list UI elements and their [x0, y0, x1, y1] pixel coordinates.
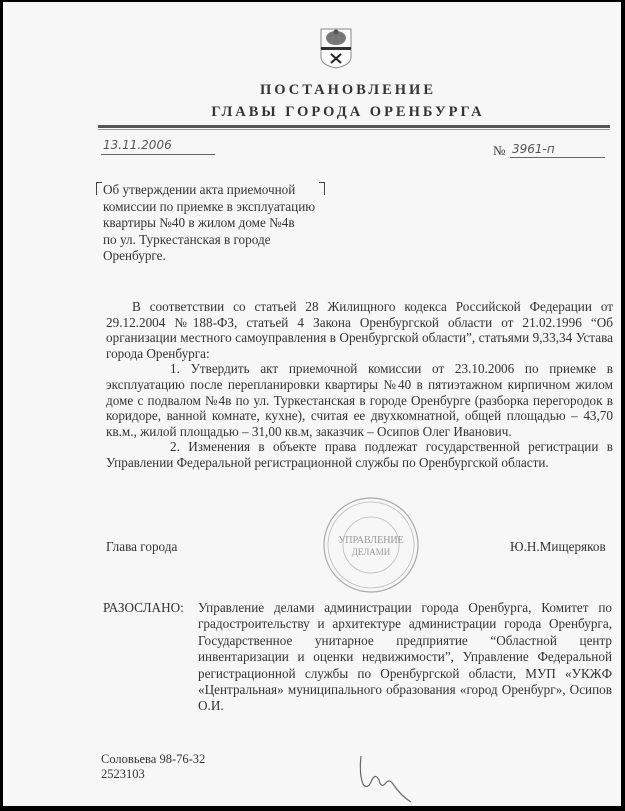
svg-text:УПРАВЛЕНИЕ: УПРАВЛЕНИЕ [338, 535, 404, 546]
executor-info: Соловьева 98-76-32 2523103 [101, 752, 205, 782]
resolution-body: В соответствии со статьей 28 Жилищного к… [106, 299, 613, 471]
subject-line: Оренбурге. [103, 248, 343, 265]
handwritten-signature-icon [353, 754, 423, 804]
header-divider [98, 125, 610, 128]
document-number: 3961-п [510, 142, 605, 158]
preamble-paragraph: В соответствии со статьей 28 Жилищного к… [106, 299, 613, 361]
document-page: ПОСТАНОВЛЕНИЕ ГЛАВЫ ГОРОДА ОРЕНБУРГА 13.… [3, 2, 621, 806]
document-date: 13.11.2006 [101, 138, 215, 155]
number-label: № [493, 143, 505, 159]
issuer-title: ГЛАВЫ ГОРОДА ОРЕНБУРГА [39, 104, 621, 121]
distribution-list: Управление делами администрации города О… [198, 600, 612, 715]
subject-line: Об утверждении акта приемочной [103, 182, 343, 199]
signatory-name: Ю.Н.Мищеряков [510, 539, 606, 555]
coat-of-arms-icon [319, 27, 353, 69]
document-type-title: ПОСТАНОВЛЕНИЕ [39, 82, 621, 99]
subject-line: комиссии по приемке в эксплуатацию [103, 199, 343, 216]
subject-bracket-left [96, 182, 102, 195]
subject-block: Об утверждении акта приемочной комиссии … [103, 182, 343, 265]
signatory-position: Глава города [106, 539, 177, 555]
header-divider-thin [98, 129, 610, 130]
resolution-item-2: 2. Изменения в объекте права подлежат го… [106, 439, 613, 470]
resolution-item-1: 1. Утвердить акт приемочной комиссии от … [106, 361, 613, 439]
svg-text:ДЕЛАМИ: ДЕЛАМИ [352, 547, 391, 557]
executor-name-phone: Соловьева 98-76-32 [101, 752, 205, 767]
official-stamp-icon: УПРАВЛЕНИЕ ДЕЛАМИ [321, 495, 421, 595]
distribution-label: РАЗОСЛАНО: [103, 600, 184, 616]
subject-line: по ул. Туркестанская в городе [103, 232, 343, 249]
subject-line: квартиры №40 в жилом доме №4в [103, 215, 343, 232]
executor-code: 2523103 [101, 767, 205, 782]
